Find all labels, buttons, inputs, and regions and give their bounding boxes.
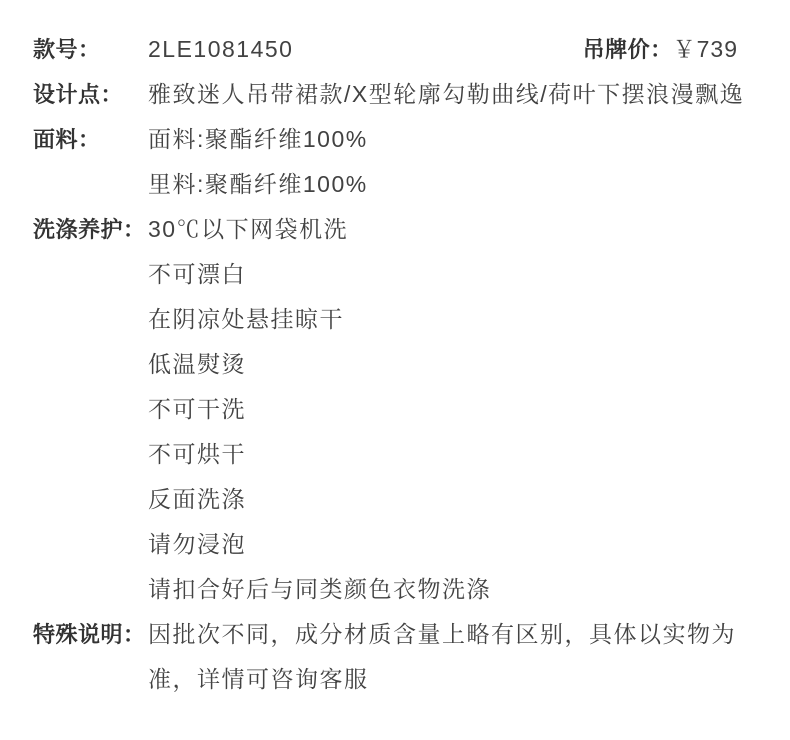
care-instruction: 反面洗涤 bbox=[148, 477, 738, 522]
row-special-note: 特殊说明： 因批次不同，成分材质含量上略有区别，具体以实物为 准，详情可咨询客服 bbox=[33, 612, 738, 702]
row-care: 洗涤养护： 30℃以下网袋机洗 不可漂白 在阴凉处悬挂晾干 低温熨烫 不可干洗 … bbox=[33, 207, 738, 612]
row-design-point: 设计点： 雅致迷人吊带裙款/X型轮廓勾勒曲线/荷叶下摆浪漫飘逸 bbox=[33, 72, 738, 117]
fabric-label: 面料： bbox=[33, 117, 148, 162]
tag-price-label: 吊牌价： bbox=[583, 27, 673, 72]
fabric-lining-value: 里料:聚酯纤维100% bbox=[148, 162, 738, 207]
tag-price-value: ￥739 bbox=[673, 27, 738, 72]
tag-price-group: 吊牌价： ￥739 bbox=[583, 27, 738, 72]
care-instruction: 不可漂白 bbox=[148, 252, 738, 297]
care-label: 洗涤养护： bbox=[33, 207, 148, 252]
special-note-lines: 因批次不同，成分材质含量上略有区别，具体以实物为 准，详情可咨询客服 bbox=[148, 612, 738, 702]
care-instruction: 不可干洗 bbox=[148, 387, 738, 432]
special-note-label: 特殊说明： bbox=[33, 612, 148, 657]
care-instruction: 请勿浸泡 bbox=[148, 522, 738, 567]
row-style-number: 款号： 2LE1081450 吊牌价： ￥739 bbox=[33, 27, 738, 72]
style-number-label: 款号： bbox=[33, 27, 148, 72]
product-info-panel: 款号： 2LE1081450 吊牌价： ￥739 设计点： 雅致迷人吊带裙款/X… bbox=[0, 0, 790, 740]
style-number-value-wrap: 2LE1081450 bbox=[148, 27, 583, 72]
style-number-value: 2LE1081450 bbox=[148, 27, 583, 72]
row-fabric: 面料： 面料:聚酯纤维100% 里料:聚酯纤维100% bbox=[33, 117, 738, 207]
design-point-value: 雅致迷人吊带裙款/X型轮廓勾勒曲线/荷叶下摆浪漫飘逸 bbox=[148, 72, 738, 117]
care-lines: 30℃以下网袋机洗 不可漂白 在阴凉处悬挂晾干 低温熨烫 不可干洗 不可烘干 反… bbox=[148, 207, 738, 612]
special-note-text: 因批次不同，成分材质含量上略有区别，具体以实物为 bbox=[148, 612, 738, 657]
fabric-shell-value: 面料:聚酯纤维100% bbox=[148, 117, 738, 162]
care-instruction: 在阴凉处悬挂晾干 bbox=[148, 297, 738, 342]
care-instruction: 请扣合好后与同类颜色衣物洗涤 bbox=[148, 567, 738, 612]
care-instruction: 低温熨烫 bbox=[148, 342, 738, 387]
fabric-lines: 面料:聚酯纤维100% 里料:聚酯纤维100% bbox=[148, 117, 738, 207]
design-point-label: 设计点： bbox=[33, 72, 148, 117]
special-note-text: 准，详情可咨询客服 bbox=[148, 657, 738, 702]
care-instruction: 30℃以下网袋机洗 bbox=[148, 207, 738, 252]
care-instruction: 不可烘干 bbox=[148, 432, 738, 477]
design-point-lines: 雅致迷人吊带裙款/X型轮廓勾勒曲线/荷叶下摆浪漫飘逸 bbox=[148, 72, 738, 117]
